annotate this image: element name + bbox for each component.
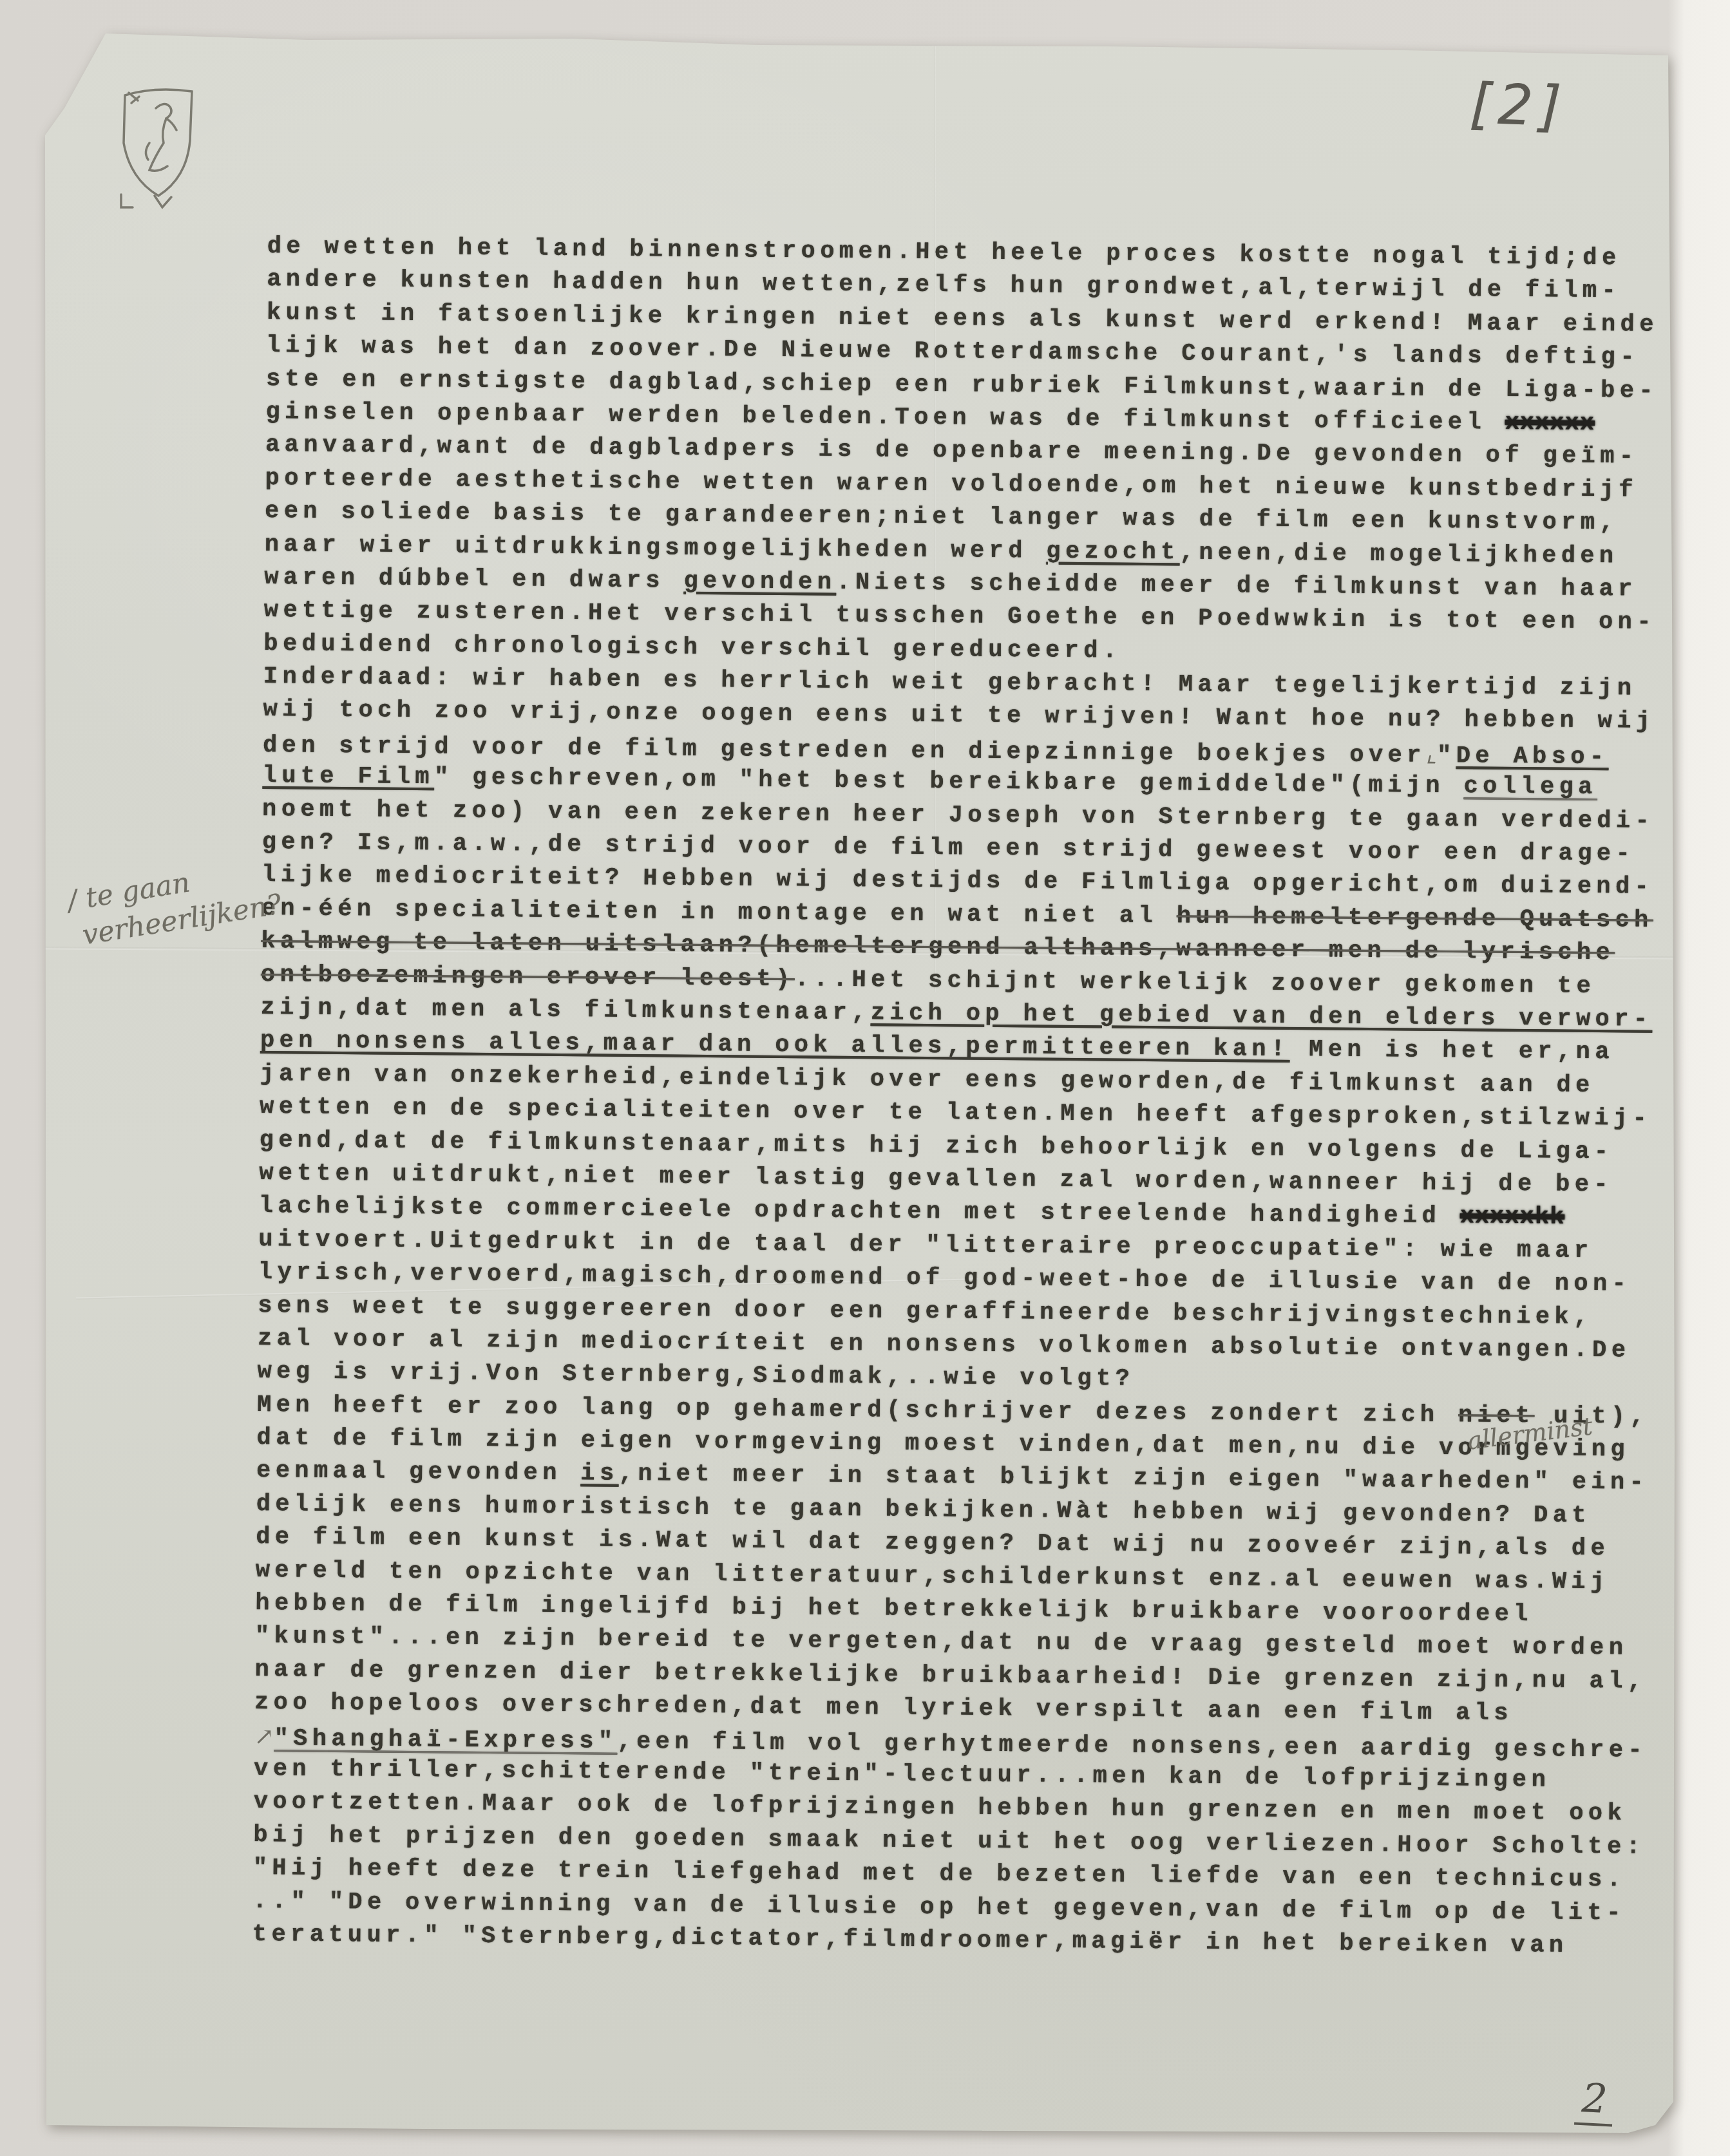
text-segment: ...Het schijnt werkelijk zoover gekomen … — [795, 966, 1596, 1000]
text-segment: ,niet meer in staat blijkt zijn eigen "w… — [618, 1461, 1648, 1497]
text-segment: zijn,dat men als filmkunstenaar, — [260, 994, 871, 1026]
text-segment: is — [580, 1461, 619, 1488]
page-number-bottom: 2 — [1574, 2074, 1615, 2126]
text-segment: " geschreven,om "het best bereikbare gem… — [434, 764, 1464, 800]
handwritten-mark: ⌞ — [1426, 740, 1438, 768]
text-segment: xxxxxx — [1505, 410, 1595, 437]
text-segment: ontboezemingen erover leest) — [261, 961, 795, 993]
text-segment: ,neen,die mogelijkheden — [1179, 539, 1618, 570]
text-segment: beduidend chronologisch verschil gereduc… — [263, 630, 1121, 665]
text-segment: gevonden — [683, 568, 836, 596]
text-segment: De Abso- — [1456, 742, 1609, 771]
text-segment: hun hemeltergende Quatsch — [1177, 903, 1653, 934]
text-segment: waren dúbbel en dwars — [264, 564, 684, 595]
typewritten-text: de wetten het land binnenstroomen.Het he… — [252, 231, 1729, 1964]
text-segment: pen nonsens alles,maar dan ook alles,per… — [260, 1027, 1290, 1063]
page-number-top: [2] — [1469, 71, 1568, 139]
margin-note: / te gaan verheerlijken? — [65, 851, 284, 955]
handwritten-mark: ↗ — [254, 1722, 274, 1750]
text-segment: gezocht — [1046, 538, 1180, 566]
text-segment: zich op het gebied van den elders verwor… — [871, 999, 1653, 1034]
text-segment: xxxxxkk — [1460, 1204, 1565, 1231]
text-segment: " — [1437, 742, 1456, 770]
sheet-wrapper: [2] de wetten het land binnenstroomen.He… — [0, 0, 1730, 2156]
crest-stamp-icon — [116, 81, 206, 216]
text-segment: lute Film — [262, 762, 434, 791]
text-segment: Men is het er,na — [1289, 1036, 1614, 1066]
text-segment: weg is vrij.Von Sternberg,Siodmak,..wie … — [257, 1358, 1134, 1393]
text-segment: naar wier uitdrukkingsmogelijkheden werd — [265, 531, 1047, 565]
text-segment: "Shanghaï-Express" — [274, 1725, 617, 1755]
text-segment: eenmaal gevonden — [256, 1457, 581, 1487]
text-segment: .Niets scheidde meer de filmkunst van ha… — [836, 569, 1637, 603]
text-segment: collega — [1463, 773, 1597, 801]
text-segment: en-één specialiteiten in montage en wat … — [261, 895, 1177, 930]
paper-sheet: [2] de wetten het land binnenstroomen.He… — [37, 26, 1706, 2151]
scan-background: { "palette": { "paper": "#d5d6ce", "scan… — [0, 0, 1730, 2156]
